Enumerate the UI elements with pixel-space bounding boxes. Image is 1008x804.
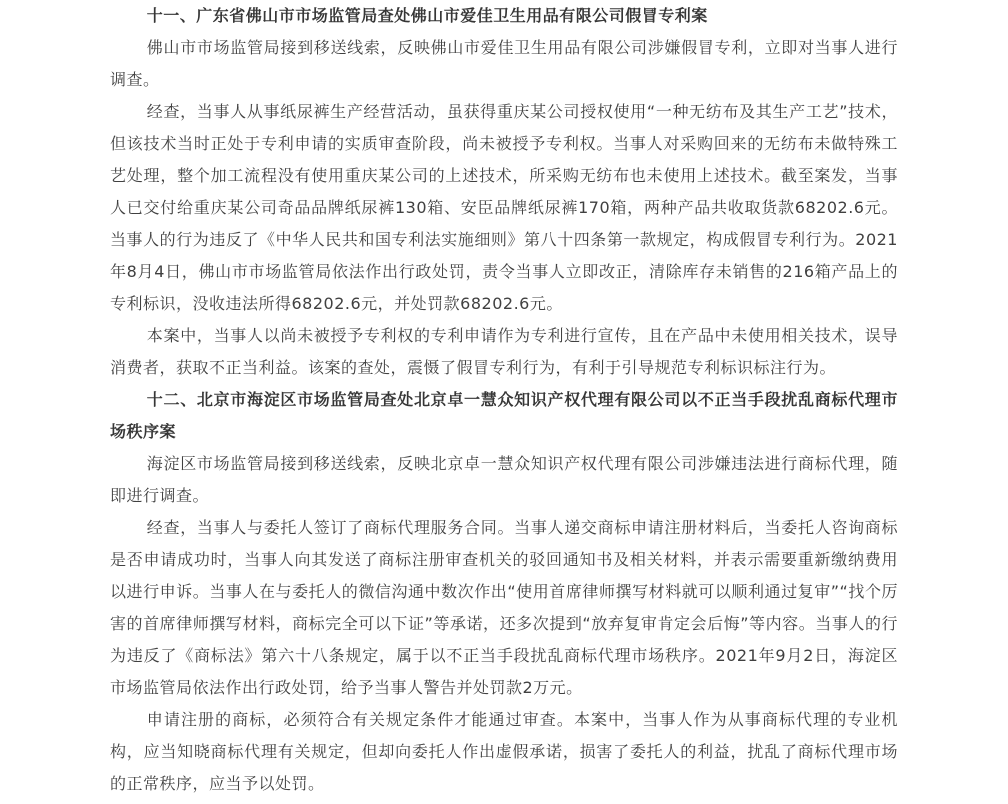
case-12-paragraph-intro: 海淀区市场监管局接到移送线索，反映北京卓一慧众知识产权代理有限公司涉嫌违法进行商… bbox=[110, 448, 898, 512]
case-section-11: 十一、广东省佛山市市场监管局查处佛山市爱佳卫生用品有限公司假冒专利案 佛山市市场… bbox=[110, 0, 898, 384]
case-11-heading: 十一、广东省佛山市市场监管局查处佛山市爱佳卫生用品有限公司假冒专利案 bbox=[110, 0, 898, 32]
case-12-paragraph-comment: 申请注册的商标，必须符合有关规定条件才能通过审查。本案中，当事人作为从事商标代理… bbox=[110, 704, 898, 800]
document-page: 十一、广东省佛山市市场监管局查处佛山市爱佳卫生用品有限公司假冒专利案 佛山市市场… bbox=[0, 0, 1008, 800]
case-12-paragraph-findings: 经查，当事人与委托人签订了商标代理服务合同。当事人递交商标申请注册材料后，当委托… bbox=[110, 512, 898, 704]
case-11-paragraph-findings: 经查，当事人从事纸尿裤生产经营活动，虽获得重庆某公司授权使用“一种无纺布及其生产… bbox=[110, 96, 898, 320]
case-section-12: 十二、北京市海淀区市场监管局查处北京卓一慧众知识产权代理有限公司以不正当手段扰乱… bbox=[110, 384, 898, 800]
case-12-heading: 十二、北京市海淀区市场监管局查处北京卓一慧众知识产权代理有限公司以不正当手段扰乱… bbox=[110, 384, 898, 448]
case-11-paragraph-comment: 本案中，当事人以尚未被授予专利权的专利申请作为专利进行宣传，且在产品中未使用相关… bbox=[110, 320, 898, 384]
case-11-paragraph-intro: 佛山市市场监管局接到移送线索，反映佛山市爱佳卫生用品有限公司涉嫌假冒专利，立即对… bbox=[110, 32, 898, 96]
